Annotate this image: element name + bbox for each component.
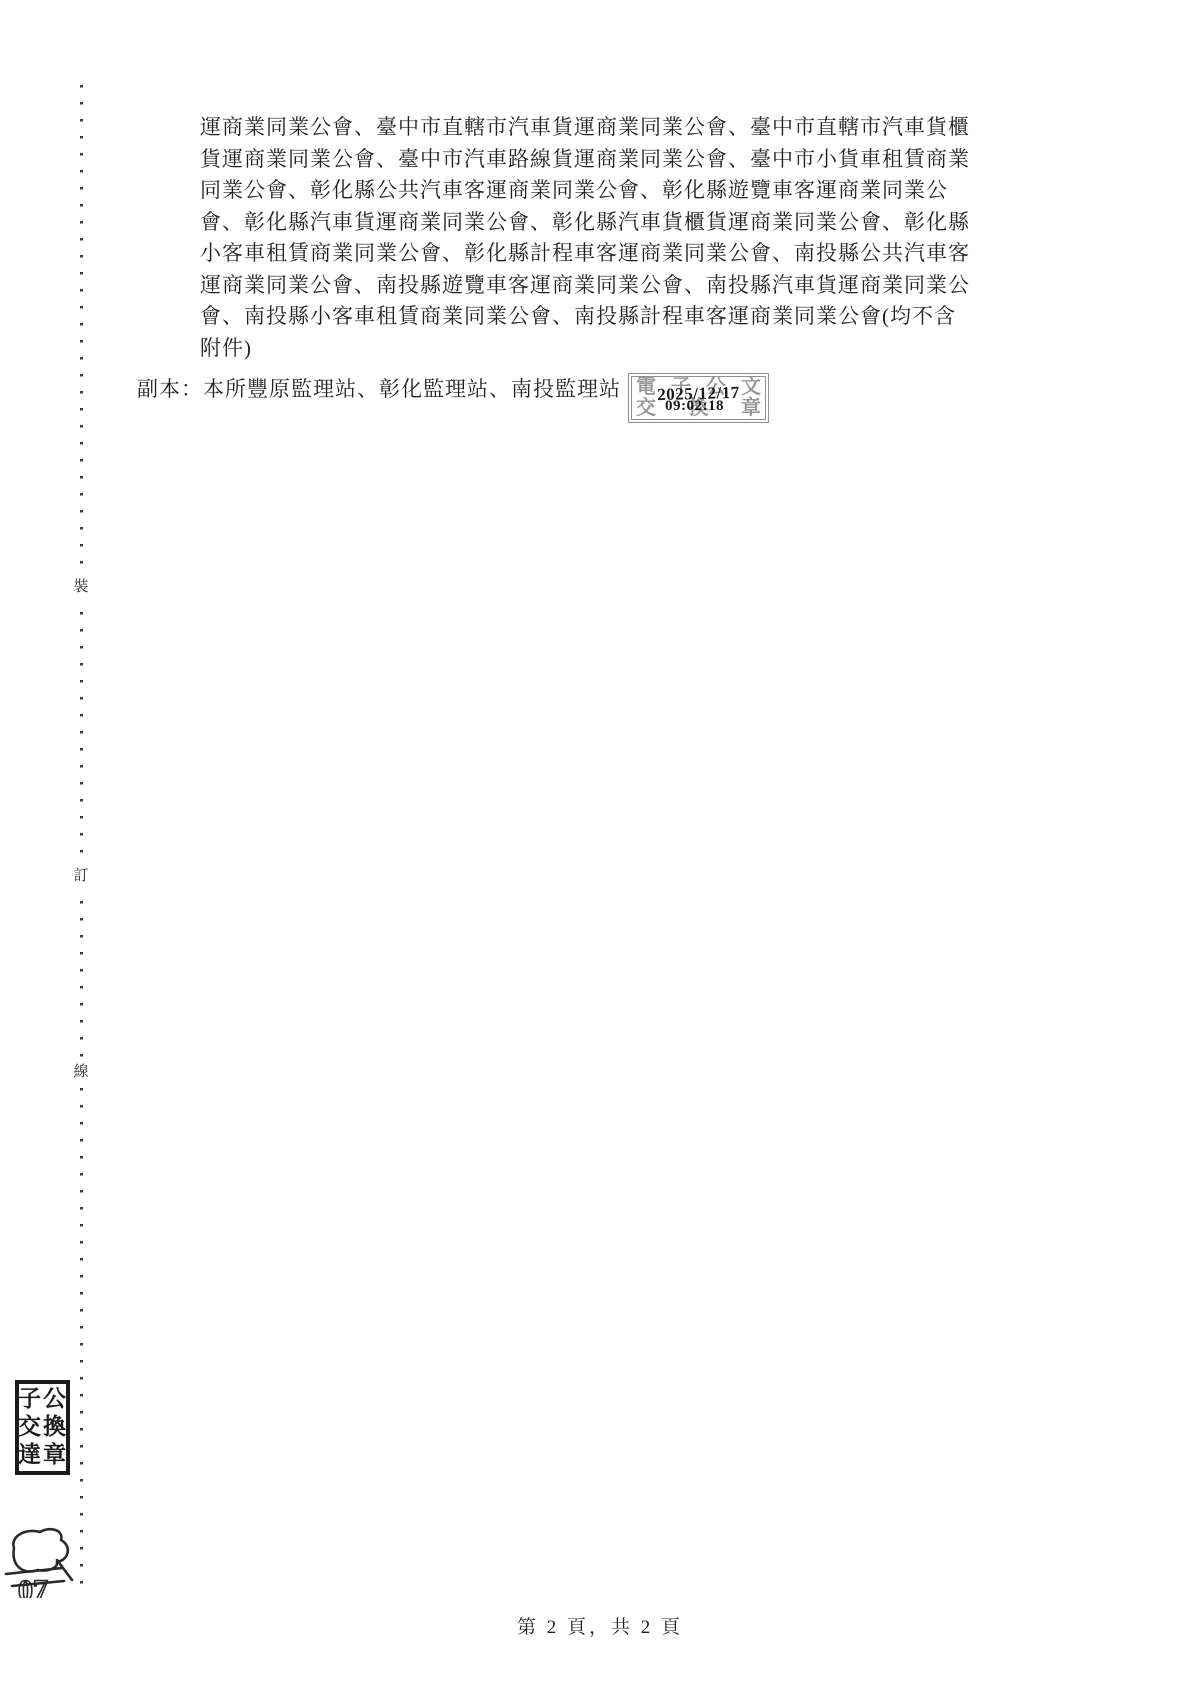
margin-mark-bind: 裝 bbox=[68, 575, 94, 600]
stamp-time: 09:02:18 bbox=[628, 398, 761, 415]
corner-exchange-stamp: 公換章 子交達 bbox=[15, 1380, 70, 1475]
scribble-number: 07 bbox=[18, 1574, 48, 1598]
body-line: 會、彰化縣汽車貨運商業同業公會、彰化縣汽車貨櫃貨運商業同業公會、彰化縣 bbox=[200, 207, 1030, 239]
body-line: 同業公會、彰化縣公共汽車客運商業同業公會、彰化縣遊覽車客運商業同業公 bbox=[200, 175, 1030, 207]
body-line: 運商業同業公會、臺中市直轄市汽車貨運商業同業公會、臺中市直轄市汽車貨櫃 bbox=[200, 112, 1030, 144]
electronic-exchange-stamp: 電子公文 交換章 2025/12/17 09:02:18 bbox=[628, 373, 769, 423]
page-footer: 第 2 頁，共 2 頁 bbox=[0, 1612, 1200, 1639]
margin-mark-staple: 訂 bbox=[68, 864, 94, 889]
body-line: 小客車租賃商業同業公會、彰化縣計程車客運商業同業公會、南投縣公共汽車客 bbox=[200, 238, 1030, 270]
corner-stamp-text: 公換章 子交達 bbox=[15, 1386, 65, 1472]
body-line: 附件) bbox=[200, 333, 1030, 365]
body-line: 貨運商業同業公會、臺中市汽車路線貨運商業同業公會、臺中市小貨車租賃商業 bbox=[200, 144, 1030, 176]
corner-stamp-left-column: 子交達 bbox=[15, 1386, 40, 1472]
recipient-list: 運商業同業公會、臺中市直轄市汽車貨運商業同業公會、臺中市直轄市汽車貨櫃 貨運商業… bbox=[200, 112, 1030, 364]
document-page: 裝 訂 線 運商業同業公會、臺中市直轄市汽車貨運商業同業公會、臺中市直轄市汽車貨… bbox=[0, 0, 1200, 1697]
cc-line: 副本：本所豐原監理站、彰化監理站、南投監理站 bbox=[137, 374, 621, 406]
binding-dotted-line bbox=[80, 85, 83, 1588]
scribble-tail bbox=[57, 1560, 72, 1580]
corner-stamp-right-column: 公換章 bbox=[40, 1386, 65, 1472]
body-line: 運商業同業公會、南投縣遊覽車客運商業同業公會、南投縣汽車貨運商業同業公 bbox=[200, 270, 1030, 302]
margin-mark-line: 線 bbox=[68, 1060, 94, 1085]
handwritten-scribble: 07 bbox=[2, 1522, 78, 1598]
body-line: 會、南投縣小客車租賃商業同業公會、南投縣計程車客運商業同業公會(均不含 bbox=[200, 301, 1030, 333]
